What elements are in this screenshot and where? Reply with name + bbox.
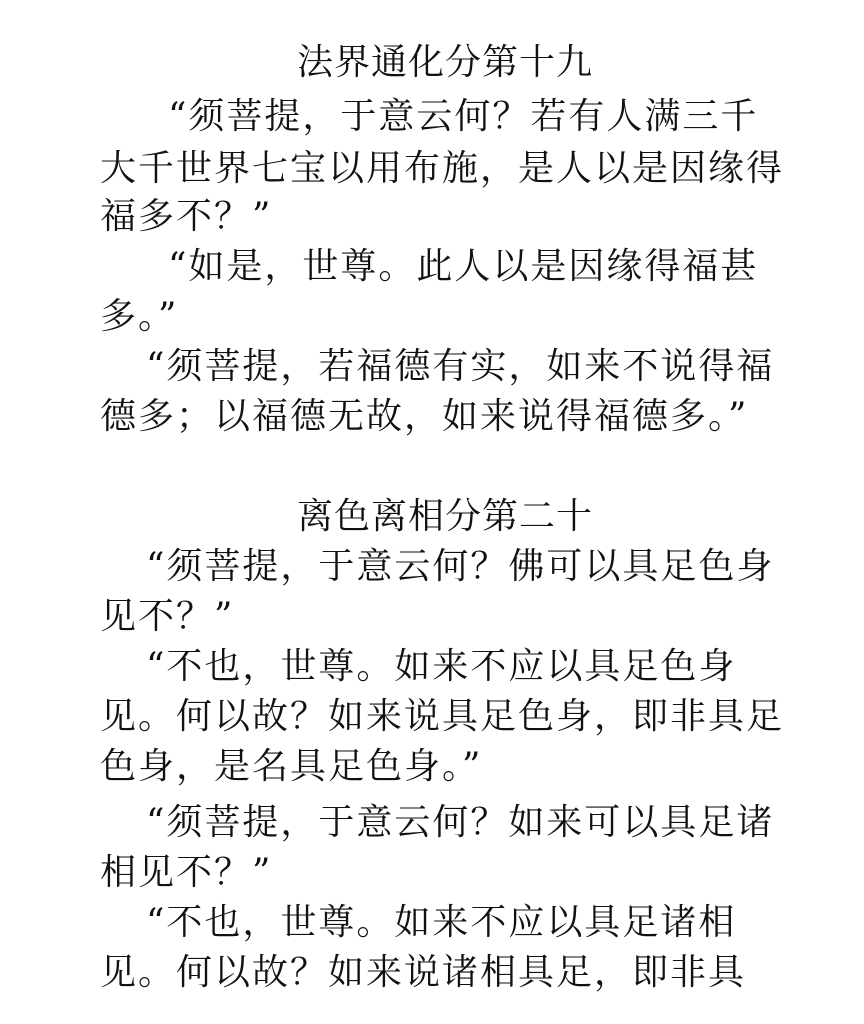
text-line: 福多不？”: [100, 190, 272, 244]
section-title-20: 离色离相分第二十: [100, 490, 790, 544]
text-line: 见。何以故？如来说诸相具足，即非具: [100, 946, 746, 1000]
section-title-19: 法界通化分第十九: [100, 36, 790, 90]
text-line: 德多；以福德无故，如来说得福德多。”: [100, 390, 748, 444]
text-line: 色身，是名具足色身。”: [100, 740, 482, 794]
text-line: “须菩提，于意云何？佛可以具足色身: [146, 540, 774, 594]
text-line: “须菩提，若福德有实，如来不说得福: [146, 340, 774, 394]
text-line: “不也，世尊。如来不应以具足诸相: [146, 896, 736, 950]
text-line: 见。何以故？如来说具足色身，即非具足: [100, 690, 784, 744]
text-line: “须菩提，于意云何？若有人满三千: [168, 90, 758, 144]
text-line: “不也，世尊。如来不应以具足色身: [146, 640, 736, 694]
text-line: 大千世界七宝以用布施，是人以是因缘得: [100, 142, 784, 196]
text-line: “如是，世尊。此人以是因缘得福甚: [168, 240, 758, 294]
text-line: 见不？”: [100, 590, 234, 644]
text-line: 相见不？”: [100, 846, 272, 900]
text-line: 多。”: [100, 290, 178, 344]
text-line: “须菩提，于意云何？如来可以具足诸: [146, 796, 774, 850]
